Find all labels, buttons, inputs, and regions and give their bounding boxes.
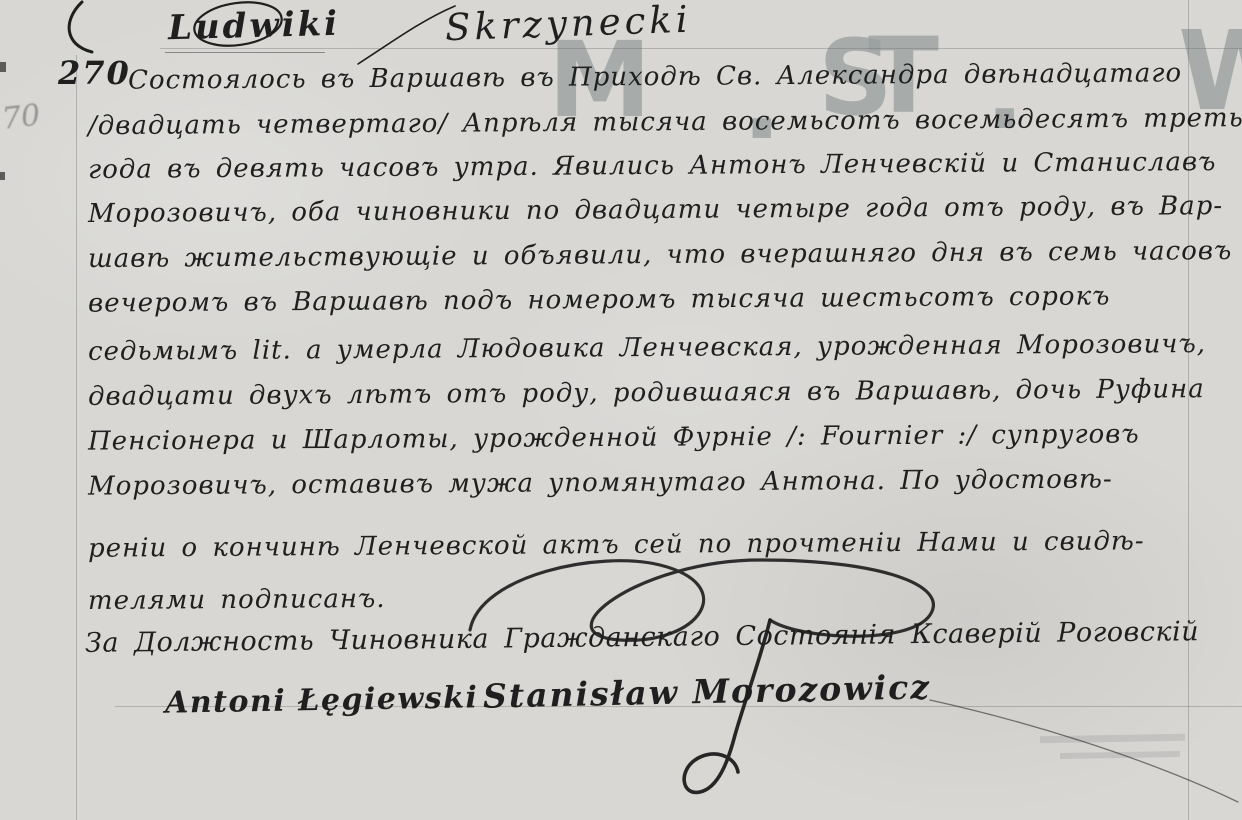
scan-edge-mark bbox=[0, 172, 5, 180]
record-text-line: /двадцать четвертаго/ Апрѣля тысяча восе… bbox=[88, 103, 1242, 141]
record-text-line: года въ девять часовъ утра. Явились Анто… bbox=[88, 147, 1217, 185]
bleed-through-mark bbox=[1040, 734, 1185, 744]
record-text-line: Состоялось въ Варшавѣ въ Приходѣ Св. Але… bbox=[128, 58, 1182, 95]
signature-antoni: Antoni Łęgiewski bbox=[165, 680, 479, 720]
record-text-line: Морозовичъ, оба чиновники по двадцати че… bbox=[88, 191, 1223, 229]
record-number: 270 bbox=[58, 54, 131, 92]
record-text-line: реніи о кончинѣ Ленчевской актъ сей по п… bbox=[88, 526, 1145, 563]
registrar-attestation: За Должность Чиновника Гражданскаго Сост… bbox=[85, 616, 1199, 659]
record-text-line: вечеромъ въ Варшавѣ подъ номеромъ тысяча… bbox=[88, 281, 1111, 318]
scan-edge-mark bbox=[0, 62, 6, 72]
bleed-through-mark bbox=[1060, 751, 1180, 759]
record-text-line: Пенсіонера и Шарлоты, урожденной Фурніе … bbox=[88, 419, 1140, 456]
scanned-record-page: M . S T . W Ludwiki Skrzynecki 270 70 Со… bbox=[0, 0, 1242, 820]
header-name-right: Skrzynecki bbox=[444, 0, 692, 49]
top-ruled-line bbox=[160, 48, 1242, 49]
record-text-line: телями подписанъ. bbox=[88, 584, 386, 616]
record-text-line: седьмымъ lit. a умерла Людовика Ленчевск… bbox=[88, 329, 1206, 367]
signature-stanislaw: Stanisław Morozowicz bbox=[483, 667, 932, 715]
header-underline bbox=[165, 52, 325, 53]
record-text-line: Морозовичъ, оставивъ мужа упомянутаго Ан… bbox=[88, 464, 1113, 501]
record-text-line: шавѣ жительствующіе и объявили, что вчер… bbox=[88, 236, 1232, 274]
bleed-through-number: 70 bbox=[0, 98, 42, 137]
record-text-line: двадцати двухъ лѣтъ отъ роду, родившаяся… bbox=[88, 374, 1205, 412]
left-margin-line bbox=[76, 55, 77, 820]
header-name-left: Ludwiki bbox=[168, 4, 341, 48]
